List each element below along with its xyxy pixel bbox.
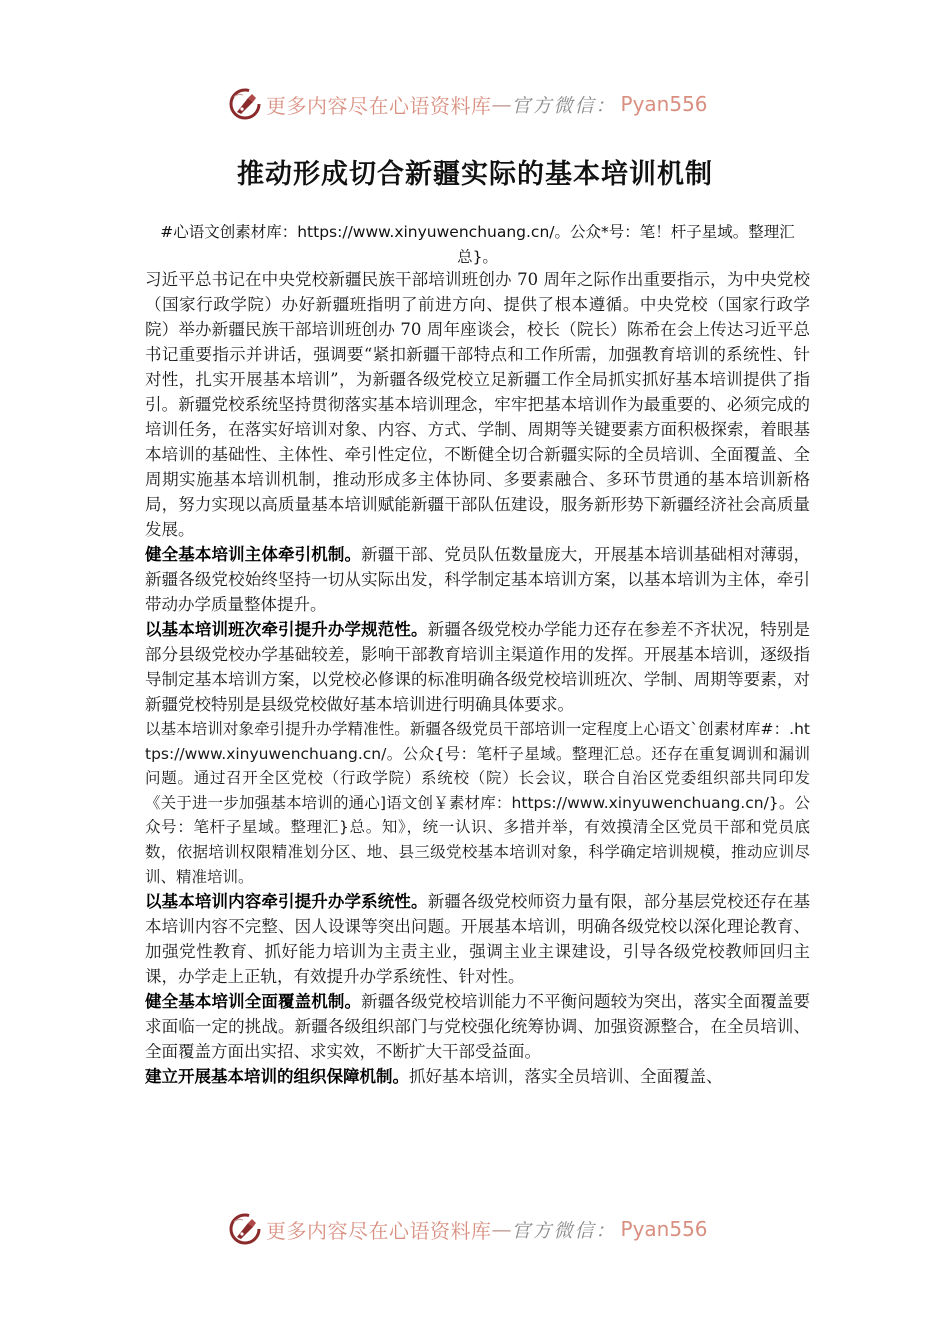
banner-wechat-id: Pyan556 — [621, 92, 708, 116]
paragraph-organizational-guarantee: 建立开展基本培训的组织保障机制。抓好基本培训，落实全员培训、全面覆盖、 — [145, 1064, 810, 1089]
paragraph-lead: 建立开展基本培训的组织保障机制。 — [145, 1067, 409, 1086]
paragraph-target-precision: 以基本培训对象牵引提升办学精准性。新疆各级党员干部培训一定程度上心语文`创素材库… — [145, 717, 810, 889]
paragraph-subject-mechanism: 健全基本培训主体牵引机制。新疆干部、党员队伍数量庞大，开展基本培训基础相对薄弱，… — [145, 542, 810, 617]
pen-nib-logo-icon — [228, 87, 262, 121]
paragraph-text: 抓好基本培训，落实全员培训、全面覆盖、 — [409, 1067, 723, 1086]
paragraph-lead: 以基本培训内容牵引提升办学系统性。 — [145, 892, 428, 911]
banner-promo-text: 更多内容尽在心语资料库 — [266, 1215, 492, 1244]
paragraph-class-standardization: 以基本培训班次牵引提升办学规范性。新疆各级党校办学能力还存在参差不齐状况，特别是… — [145, 617, 810, 717]
banner-promo-text: 更多内容尽在心语资料库 — [266, 90, 492, 119]
banner-wechat-label: 官方微信： — [512, 1216, 617, 1243]
header-banner: 更多内容尽在心语资料库 — 官方微信： Pyan556 — [228, 84, 728, 124]
paragraph-text: 习近平总书记在中央党校新疆民族干部培训班创办 70 周年之际作出重要指示，为中央… — [145, 270, 810, 539]
document-body: 习近平总书记在中央党校新疆民族干部培训班创办 70 周年之际作出重要指示，为中央… — [145, 267, 810, 1089]
paragraph-content-systematic: 以基本培训内容牵引提升办学系统性。新疆各级党校师资力量有限，部分基层党校还存在基… — [145, 889, 810, 989]
source-line: #心语文创素材库：https://www.xinyuwenchuang.cn/。… — [145, 220, 810, 270]
banner-wechat-id: Pyan556 — [621, 1217, 708, 1241]
banner-dash: — — [492, 92, 512, 116]
pen-nib-logo-icon — [228, 1212, 262, 1246]
paragraph-lead: 健全基本培训全面覆盖机制。 — [145, 992, 361, 1011]
document-title: 推动形成切合新疆实际的基本培训机制 — [0, 152, 950, 191]
paragraph-text: 以基本培训对象牵引提升办学精准性。新疆各级党员干部培训一定程度上心语文`创素材库… — [145, 720, 810, 886]
banner-wechat-label: 官方微信： — [512, 91, 617, 118]
paragraph-lead: 健全基本培训主体牵引机制。 — [145, 545, 361, 564]
paragraph-full-coverage: 健全基本培训全面覆盖机制。新疆各级党校培训能力不平衡问题较为突出，落实全面覆盖要… — [145, 989, 810, 1064]
footer-banner: 更多内容尽在心语资料库 — 官方微信： Pyan556 — [228, 1209, 728, 1249]
paragraph-intro: 习近平总书记在中央党校新疆民族干部培训班创办 70 周年之际作出重要指示，为中央… — [145, 267, 810, 542]
paragraph-lead: 以基本培训班次牵引提升办学规范性。 — [145, 620, 428, 639]
banner-dash: — — [492, 1217, 512, 1241]
